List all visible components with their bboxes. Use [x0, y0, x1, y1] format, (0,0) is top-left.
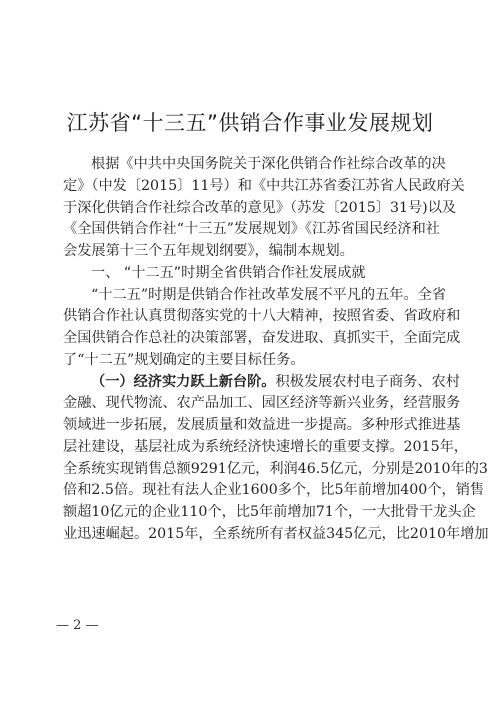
subsection-heading: （一）经济实力跃上新台阶。 [91, 374, 275, 390]
paragraph-line: 定》（中发〔2015〕11号）和《中共江苏省委江苏省人民政府关 [63, 176, 440, 198]
document-title: 江苏省“十三五”供销合作事业发展规划 [0, 107, 500, 137]
paragraph-line: 额超10亿元的企业110个，比5年前增加71个，一大批骨干龙头企 [63, 502, 440, 524]
document-body: 根据《中共中央国务院关于深化供销合作社综合改革的决 定》（中发〔2015〕11号… [63, 154, 440, 546]
paragraph-line: 倍和2.5倍。现社有法人企业1600多个，比5年前增加400个，销售 [63, 480, 440, 502]
paragraph-line: 金融、现代物流、农产品加工、园区经济等新兴业务，经营服务 [63, 393, 440, 415]
paragraph-line: 了“十二五”规划确定的主要目标任务。 [63, 350, 440, 372]
paragraph-line: 根据《中共中央国务院关于深化供销合作社综合改革的决 [63, 154, 440, 176]
section-heading: 一、 “十二五”时期全省供销合作社发展成就 [63, 263, 440, 285]
document-page: 江苏省“十三五”供销合作事业发展规划 根据《中共中央国务院关于深化供销合作社综合… [0, 0, 500, 707]
paragraph-line: 《全国供销合作社“十三五”发展规划》《江苏省国民经济和社 [63, 219, 440, 241]
paragraph-line: “十二五”时期是供销合作社改革发展不平凡的五年。全省 [63, 285, 440, 307]
paragraph-line: 业迅速崛起。2015年，全系统所有者权益345亿元，比2010年增加 [63, 524, 440, 546]
subsection-first-line-rest: 积极发展农村电子商务、农村 [275, 374, 459, 390]
paragraph-line: 于深化供销合作社综合改革的意见》（苏发〔2015〕31号)以及 [63, 198, 440, 220]
page-number: — 2 — [56, 618, 99, 633]
paragraph-line: 层社建设，基层社成为系统经济快速增长的重要支撑。2015年， [63, 437, 440, 459]
paragraph-line: 全系统实现销售总额9291亿元，利润46.5亿元，分别是2010年的3 [63, 459, 440, 481]
paragraph-line: 领域进一步拓展，发展质量和效益进一步提高。多种形式推进基 [63, 415, 440, 437]
subsection-first-line: （一）经济实力跃上新台阶。积极发展农村电子商务、农村 [63, 372, 440, 394]
paragraph-line: 会发展第十三个五年规划纲要》，编制本规划。 [63, 241, 440, 263]
paragraph-line: 全国供销合作总社的决策部署，奋发进取、真抓实干，全面完成 [63, 328, 440, 350]
paragraph-line: 供销合作社认真贯彻落实党的十八大精神，按照省委、省政府和 [63, 306, 440, 328]
